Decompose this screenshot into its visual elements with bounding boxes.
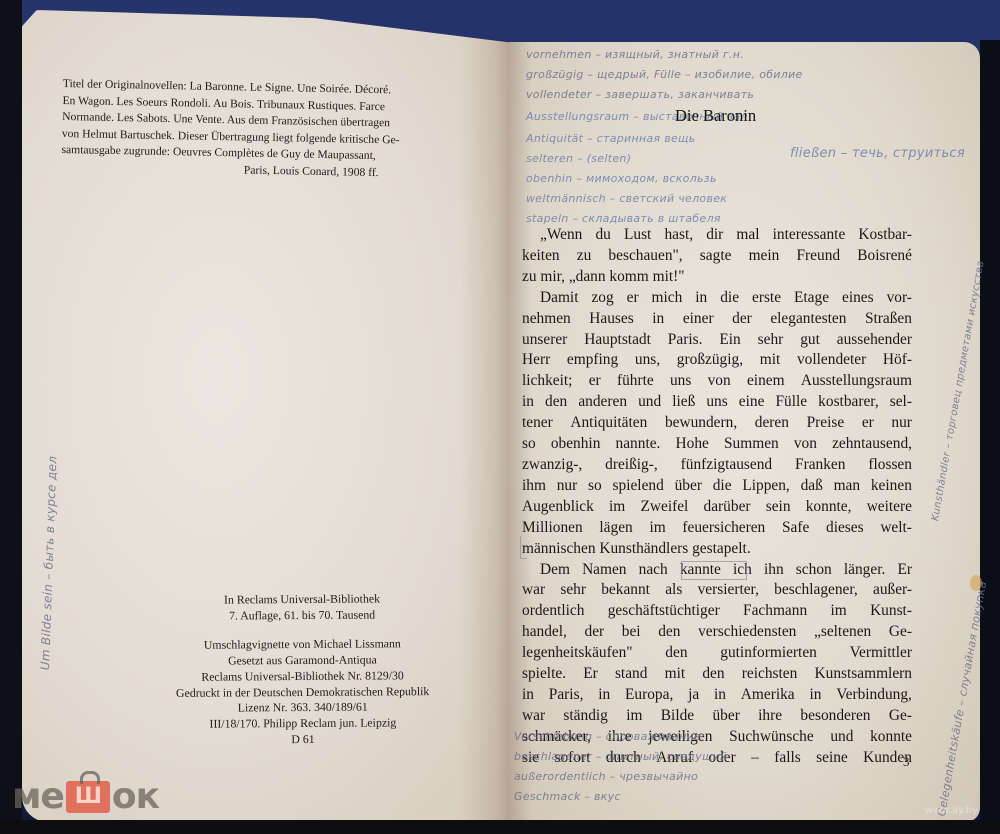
- text-line: Herrempfinguns,großzügig,mitvollendeterH…: [522, 350, 912, 371]
- handwritten-note: großzügig – щедрый, Fülle – изобилие, об…: [526, 68, 803, 81]
- watermark-text-right: ок: [112, 776, 159, 817]
- handwritten-note: obenhin – мимоходом, вскользь: [526, 172, 717, 185]
- handwritten-note: Verschiebung – спроваживание;: [514, 730, 705, 743]
- watermark-text-left: ме: [12, 776, 64, 817]
- bottom-dark-edge: [0, 820, 1000, 834]
- handwritten-note: außerordentlich – чрезвычайно: [514, 770, 698, 783]
- text-line: soobenhinnannte.HoheSummenvonzehntausend…: [522, 434, 912, 455]
- site-watermark: www.ay.by: [925, 805, 978, 816]
- left-dark-edge: [0, 0, 22, 834]
- right-dark-edge: [980, 40, 1000, 834]
- original-titles-imprint: Titel der Originalnovellen: La Baronne. …: [61, 76, 473, 183]
- text-line: warsehrbekanntalsversierter,beschlagener…: [522, 580, 912, 601]
- text-line: „WennduLusthast,dirmalinteressanteKostba…: [522, 225, 912, 246]
- handwritten-note: beschlagener – опытный, сведущий: [514, 750, 728, 763]
- text-line: spielte.ErstandmitdenreichstenKunstsamml…: [522, 664, 912, 685]
- handwritten-note: Antiquität – старинная вещь: [526, 132, 696, 145]
- paper-stain: [970, 575, 982, 591]
- publisher-imprint: In Reclams Universal-Bibliothek 7. Aufla…: [149, 591, 455, 748]
- handwritten-note: vornehmen – изящный, знатный г.н.: [526, 48, 744, 61]
- text-line: nehmenHausesineinerderelegantestenStraße…: [522, 309, 912, 330]
- text-line: MillionenlägenimfeuersicherenSafediesesw…: [522, 518, 912, 539]
- text-line: ordentlichgeschäftstüchtigerFachmannimKu…: [522, 601, 912, 622]
- watermark-bag-letter: Ш: [75, 784, 101, 809]
- handwritten-note: Geschmack – вкус: [514, 790, 621, 803]
- text-line: AugenblickimZweifeldarüberseinkonnte,wei…: [522, 497, 912, 518]
- handwritten-side-note: fließen – течь, струиться: [790, 146, 965, 161]
- handwritten-note: stapeln – складывать в штабеля: [526, 212, 721, 225]
- meshok-watermark: ме Ш ок: [12, 776, 159, 817]
- handwritten-note: vollendeter – завершать, заканчивать: [526, 88, 754, 101]
- page-number: 3: [903, 754, 910, 770]
- handwritten-note: weltmännisch – светский человек: [526, 192, 727, 205]
- text-line: handel,derbeidenverschiedensten„seltenen…: [522, 622, 912, 643]
- story-body: „WennduLusthast,dirmalinteressanteKostba…: [522, 225, 912, 769]
- underline-box-mark: [681, 561, 747, 580]
- text-line: unsererHauptstadtParis.Einsehrgutaussehe…: [522, 330, 912, 351]
- code-line: D 61: [150, 731, 455, 749]
- printed-in-line: Gedruckt in der Deutschen Demokratischen…: [150, 683, 455, 701]
- handwritten-note: selteren – (selten): [526, 152, 631, 165]
- text-line: lichkeit;erführteunsvoneinemAusstellungs…: [522, 371, 912, 392]
- text-line: zwanzig-,dreißig-,fünfzigtausendFrankenf…: [522, 455, 912, 476]
- text-line: tenerAntiquitätenbewundern,derenPreiseer…: [522, 413, 912, 434]
- chapter-title: Die Baronin: [675, 106, 756, 126]
- text-line: keitenzubeschauen",sagtemeinFreundBoisre…: [522, 246, 912, 267]
- text-line: ihmnursospielendüberdieLippen,daßmankein…: [522, 476, 912, 497]
- bracket-mark: [520, 536, 527, 559]
- text-line: legenheitskäufen"dengutinformiertenVermi…: [522, 643, 912, 664]
- text-line: männischen Kunsthändlers gestapelt.: [522, 539, 912, 560]
- text-line: zu mir, „dann komm mit!": [522, 267, 912, 288]
- text-line: indenanderenundließunseineFüllekostbarer…: [522, 392, 912, 413]
- text-line: DamitzogermichindieersteEtageeinesvor-: [522, 288, 912, 309]
- text-line: inParis,inEuropa,jainAmerikainVerbindung…: [522, 685, 912, 706]
- shopping-bag-icon: Ш: [66, 781, 110, 813]
- text-line: warständigimBildeüberihrebesonderenGe-: [522, 706, 912, 727]
